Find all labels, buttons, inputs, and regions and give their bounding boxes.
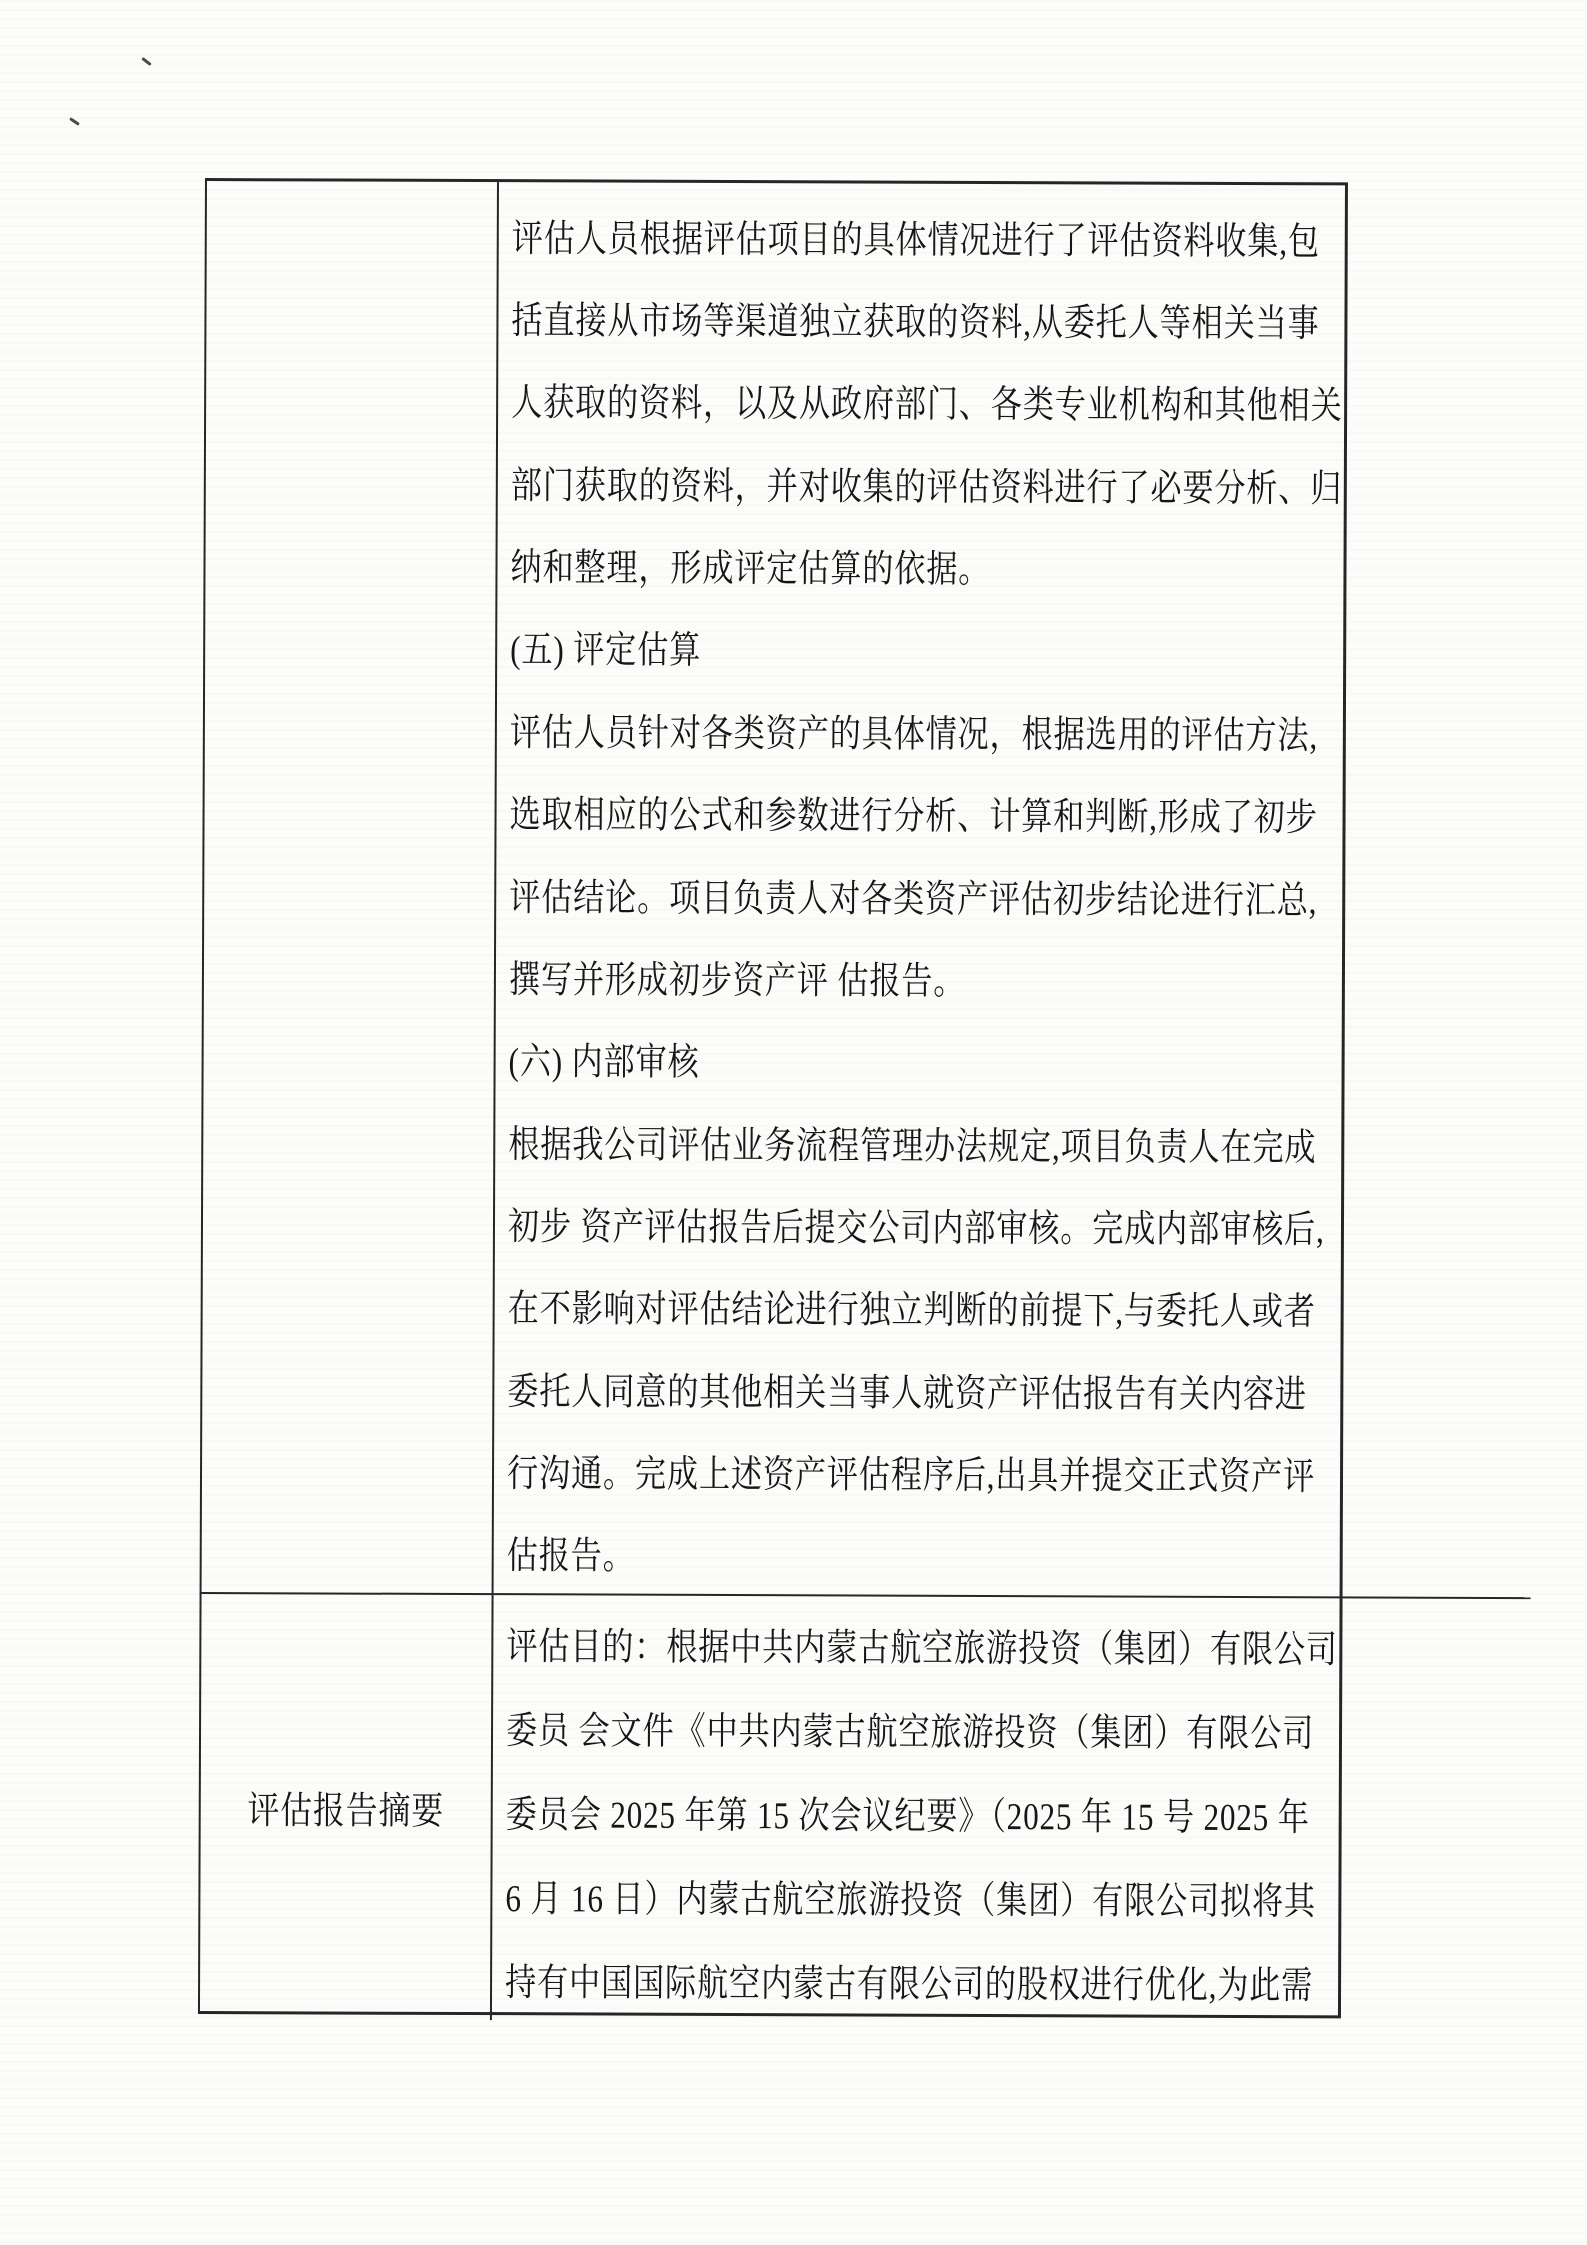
pen-mark-icon (141, 57, 152, 66)
text-line: 人获取的资料，以及从政府部门、各类专业机构和其他相关 (511, 358, 1343, 444)
text-line: 括直接从市场等渠道独立获取的资料,从委托人等相关当事 (511, 276, 1343, 362)
text-line: 6 月 16 日）内蒙古航空旅游投资（集团）有限公司拟将其 (505, 1852, 1337, 1939)
text-line: 委员会 2025 年第 15 次会议纪要》（2025 年 15 号 2025 年 (506, 1768, 1338, 1855)
document-page: 评估人员根据评估项目的具体情况进行了评估资料收集,包 括直接从市场等渠道独立获取… (0, 0, 1587, 2245)
valuation-report-table: 评估人员根据评估项目的具体情况进行了评估资料收集,包 括直接从市场等渠道独立获取… (198, 178, 1348, 2018)
text-line-section-heading: (六) 内部审核 (508, 1017, 1340, 1103)
text-line: 选取相应的公式和参数进行分析、计算和判断,形成了初步 (509, 770, 1341, 856)
text-line: 评估结论。项目负责人对各类资产评估初步结论进行汇总, (509, 852, 1341, 938)
pen-mark-icon (69, 117, 80, 126)
text-line: 纳和整理，形成评定估算的依据。 (510, 523, 1342, 609)
table-cell-row1-label-empty (202, 181, 499, 1595)
text-line: 撰写并形成初步资产评 估报告。 (509, 934, 1341, 1020)
table-cell-valuation-procedure-text: 评估人员根据评估项目的具体情况进行了评估资料收集,包 括直接从市场等渠道独立获取… (494, 182, 1536, 1599)
table-cell-summary-label: 评估报告摘要 (200, 1594, 494, 2020)
text-line: 持有中国国际航空内蒙古有限公司的股权进行优化,为此需 (505, 1936, 1337, 2023)
text-line: 评估目的：根据中共内蒙古航空旅游投资（集团）有限公司 (506, 1600, 1338, 1687)
text-line: 评估人员根据评估项目的具体情况进行了评估资料收集,包 (512, 193, 1344, 279)
text-line: 行沟通。完成上述资产评估程序后,出具并提交正式资产评 (507, 1429, 1339, 1515)
text-line: 根据我公司评估业务流程管理办法规定,项目负责人在完成 (508, 1099, 1340, 1185)
text-line: 部门获取的资料，并对收集的评估资料进行了必要分析、归 (511, 440, 1343, 526)
table-cell-report-summary-text: 评估目的：根据中共内蒙古航空旅游投资（集团）有限公司 委员 会文件《中共内蒙古航… (492, 1595, 1531, 2024)
text-line-section-heading: (五) 评定估算 (510, 605, 1342, 691)
text-line: 估报告。 (507, 1511, 1339, 1597)
text-line: 初步 资产评估报告后提交公司内部审核。完成内部审核后, (508, 1181, 1340, 1267)
text-line: 委员 会文件《中共内蒙古航空旅游投资（集团）有限公司 (506, 1684, 1338, 1771)
text-line: 在不影响对评估结论进行独立判断的前提下,与委托人或者 (508, 1264, 1340, 1350)
text-line: 委托人同意的其他相关当事人就资产评估报告有关内容进 (507, 1346, 1339, 1432)
row-label-report-summary: 评估报告摘要 (247, 1779, 444, 1835)
text-line: 评估人员针对各类资产的具体情况，根据选用的评估方法, (510, 687, 1342, 773)
